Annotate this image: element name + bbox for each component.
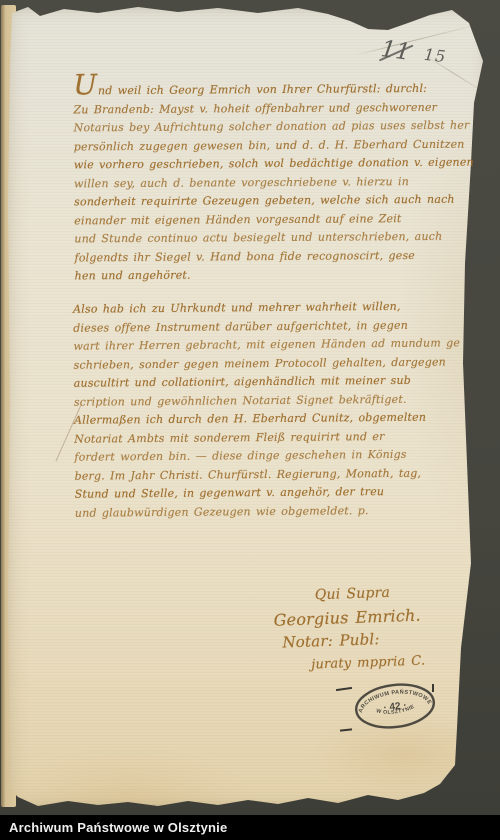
manuscript-line: und glaubwürdigen Gezeugen wie obgemelde…	[75, 501, 467, 523]
scan-viewport: 11 15 Und weil ich Georg Emrich von Ihre…	[0, 0, 500, 840]
ink-mark	[432, 684, 434, 692]
manuscript-line: hen und angehöret.	[75, 265, 467, 286]
manuscript-line: Und weil ich Georg Emrich von Ihrer Chur…	[73, 78, 465, 101]
manuscript-line: persönlich zugegen gewesen bin, und d. d…	[74, 135, 466, 156]
page-number-crossed-out: 11	[379, 36, 412, 66]
manuscript-line: berg. Im Jahr Christi. Churfürstl. Regie…	[74, 464, 466, 486]
manuscript-paragraph-2: Also hab ich zu Uhrkundt und mehrer wahr…	[73, 297, 467, 522]
footer-bar: Archiwum Państwowe w Olsztynie	[0, 815, 500, 840]
manuscript-line: schrieben, sonder gegen meinem Protocoll…	[74, 353, 466, 375]
fold-crease	[354, 23, 482, 56]
signature-line: juraty mppria C.	[311, 649, 450, 677]
archive-name-label: Archiwum Państwowe w Olsztynie	[9, 820, 227, 835]
notary-signature-block: Qui SupraGeorgius Emrich.Notar: Publ:jur…	[256, 580, 449, 679]
manuscript-line: folgendts ihr Siegel v. Hand bona fide r…	[74, 246, 466, 267]
manuscript-line: willen sey, auch d. benante vorgeschrieb…	[74, 172, 466, 193]
page-number: 15	[423, 45, 447, 66]
manuscript-paragraph-1: Und weil ich Georg Emrich von Ihrer Chur…	[73, 78, 466, 286]
manuscript-line: scription und gewöhnlichen Notariat Sign…	[74, 390, 466, 412]
